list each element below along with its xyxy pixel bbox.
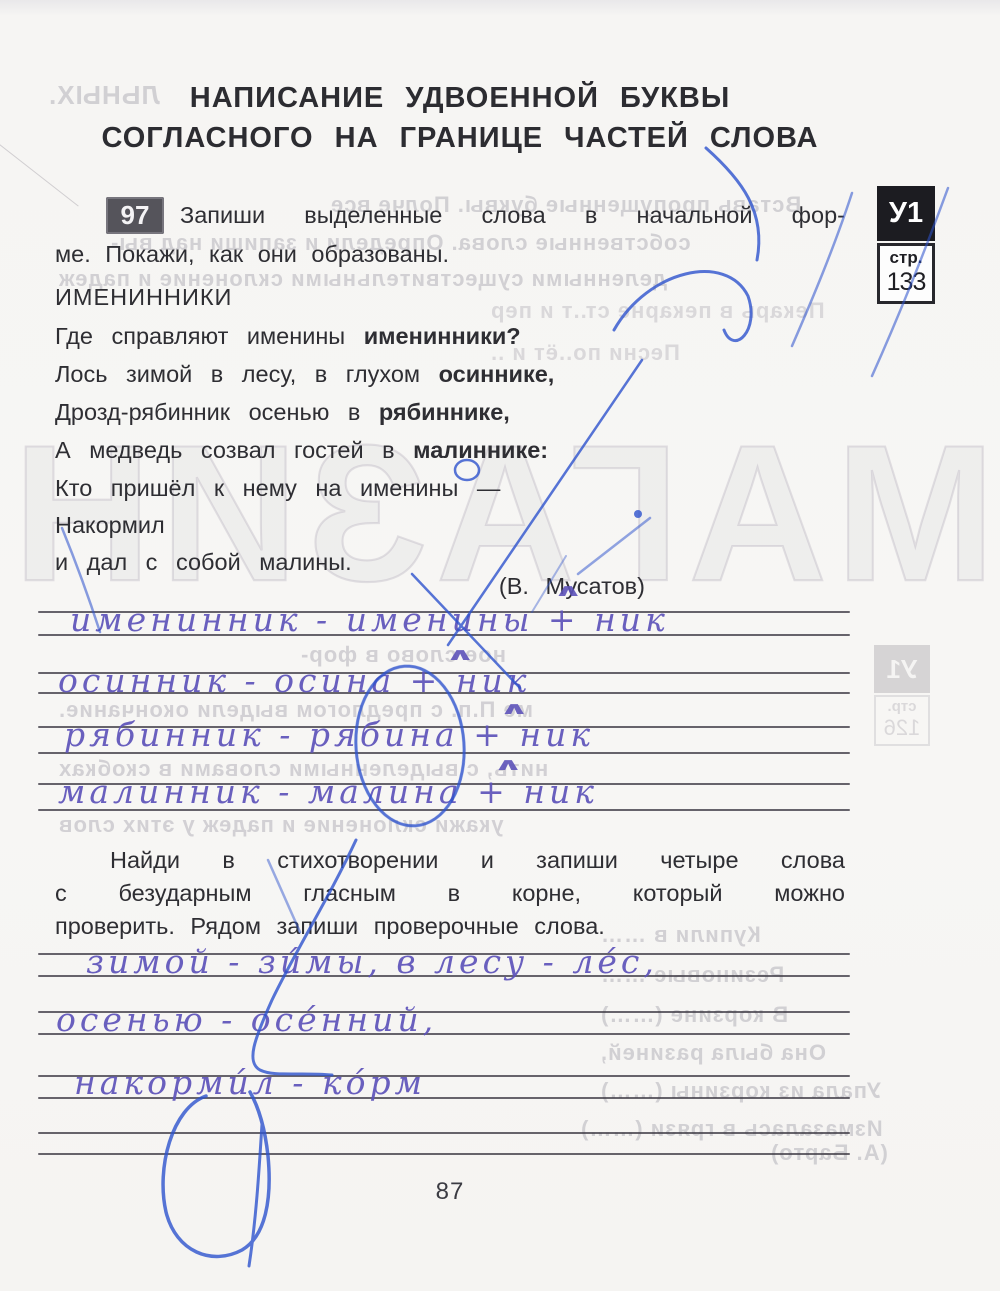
poem-text: А медведь созвал гостей в bbox=[55, 437, 413, 463]
poem-bold-word: рябиннике, bbox=[379, 399, 510, 425]
ref-badge: У1 стр. 133 bbox=[877, 186, 935, 304]
suffix-hat-icon: ∧ bbox=[493, 754, 524, 774]
bleed-badge-book: У1 bbox=[874, 645, 930, 693]
poem-text: Накормил bbox=[55, 512, 165, 538]
handwritten-answer: осенью - осе́нний, bbox=[56, 1000, 437, 1039]
bleed-line: Измазалась в грязи (……) bbox=[580, 1116, 883, 1142]
task2-line3: проверить. Рядом запиши проверочные слов… bbox=[55, 912, 605, 940]
handwritten-answer: осинник - осина + ник bbox=[58, 661, 531, 700]
ref-badge-book: У1 bbox=[877, 186, 935, 241]
bleed-line: Пекарь в пекарне ст..т и пер bbox=[490, 298, 825, 324]
task2-line1: Найди в стихотворении и запиши четыре сл… bbox=[110, 846, 845, 874]
handwritten-answer: именинник - именины + ник bbox=[70, 600, 669, 639]
ref-badge-page-label: стр. bbox=[880, 248, 932, 268]
bleed-line: Она была разиней, bbox=[600, 1040, 826, 1066]
poem-line: Где справляют именины именинники? bbox=[55, 322, 521, 350]
bleed-line: Упала из корзины (……) bbox=[600, 1078, 881, 1104]
poem-bold-word: именинники? bbox=[364, 323, 521, 349]
poem-line: Лось зимой в лесу, в глухом осиннике, bbox=[55, 360, 554, 388]
suffix-hat-icon: ∧ bbox=[499, 698, 530, 718]
bleed-line: В корзине (……) bbox=[600, 1002, 788, 1028]
poem-text: Дрозд-рябинник осенью в bbox=[55, 399, 379, 425]
handwritten-answer: зимой - зи́мы, в лесу - ле́с, bbox=[86, 942, 658, 981]
exercise-number-badge: 97 bbox=[106, 197, 164, 234]
suffix-hat-icon: ∧ bbox=[553, 580, 584, 600]
poem-title: ИМЕНИННИКИ bbox=[55, 283, 232, 311]
ruled-line bbox=[38, 1153, 850, 1155]
pen-loop bbox=[163, 1092, 269, 1256]
suffix-hat-icon: ∧ bbox=[445, 644, 476, 664]
poem-bold-word: осиннике, bbox=[439, 361, 555, 387]
poem-line: А медведь созвал гостей в малиннике: bbox=[55, 436, 548, 464]
page-title-line1: НАПИСАНИЕ УДВОЕННОЙ БУКВЫ bbox=[54, 82, 866, 115]
bleed-badge-number: 126 bbox=[876, 715, 928, 741]
ruled-line bbox=[38, 1132, 850, 1134]
exercise-instruction-line1: Запиши выделенные слова в начальной фор- bbox=[180, 201, 845, 229]
handwritten-answer: накорми́л - ко́рм bbox=[74, 1063, 426, 1102]
poem-line: Накормил bbox=[55, 511, 165, 539]
handwritten-answer: рябинник - рябина + ник bbox=[64, 715, 594, 754]
poem-text: Кто пришёл к нему на именины — bbox=[55, 475, 500, 501]
poem-bold-word: малиннике: bbox=[413, 437, 548, 463]
page-number: 87 bbox=[0, 1178, 900, 1206]
exercise-instruction-line2: ме. Покажи, как они образованы. bbox=[55, 240, 449, 268]
poem-line: Дрозд-рябинник осенью в рябиннике, bbox=[55, 398, 510, 426]
ref-badge-page-number: 133 bbox=[880, 268, 932, 297]
poem-line: Кто пришёл к нему на именины — bbox=[55, 474, 500, 502]
poem-text: Где справляют именины bbox=[55, 323, 364, 349]
bleed-badge-label: стр. bbox=[876, 698, 928, 715]
bleed-line: укажи склонение и падеж у этих слов bbox=[58, 812, 504, 838]
handwritten-answer: малинник - малина + ник bbox=[58, 772, 598, 811]
poem-text: Лось зимой в лесу, в глухом bbox=[55, 361, 439, 387]
task2-line2: с безударным гласным в корне, который мо… bbox=[55, 879, 845, 907]
page-title-line2: СОГЛАСНОГО НА ГРАНИЦЕ ЧАСТЕЙ СЛОВА bbox=[54, 122, 866, 155]
workbook-page: ЛЬНЫХ. Вставь пропущенные буквы. Полче в… bbox=[0, 0, 1000, 1291]
bleed-ref-badge: У1 стр. 126 bbox=[874, 645, 930, 746]
